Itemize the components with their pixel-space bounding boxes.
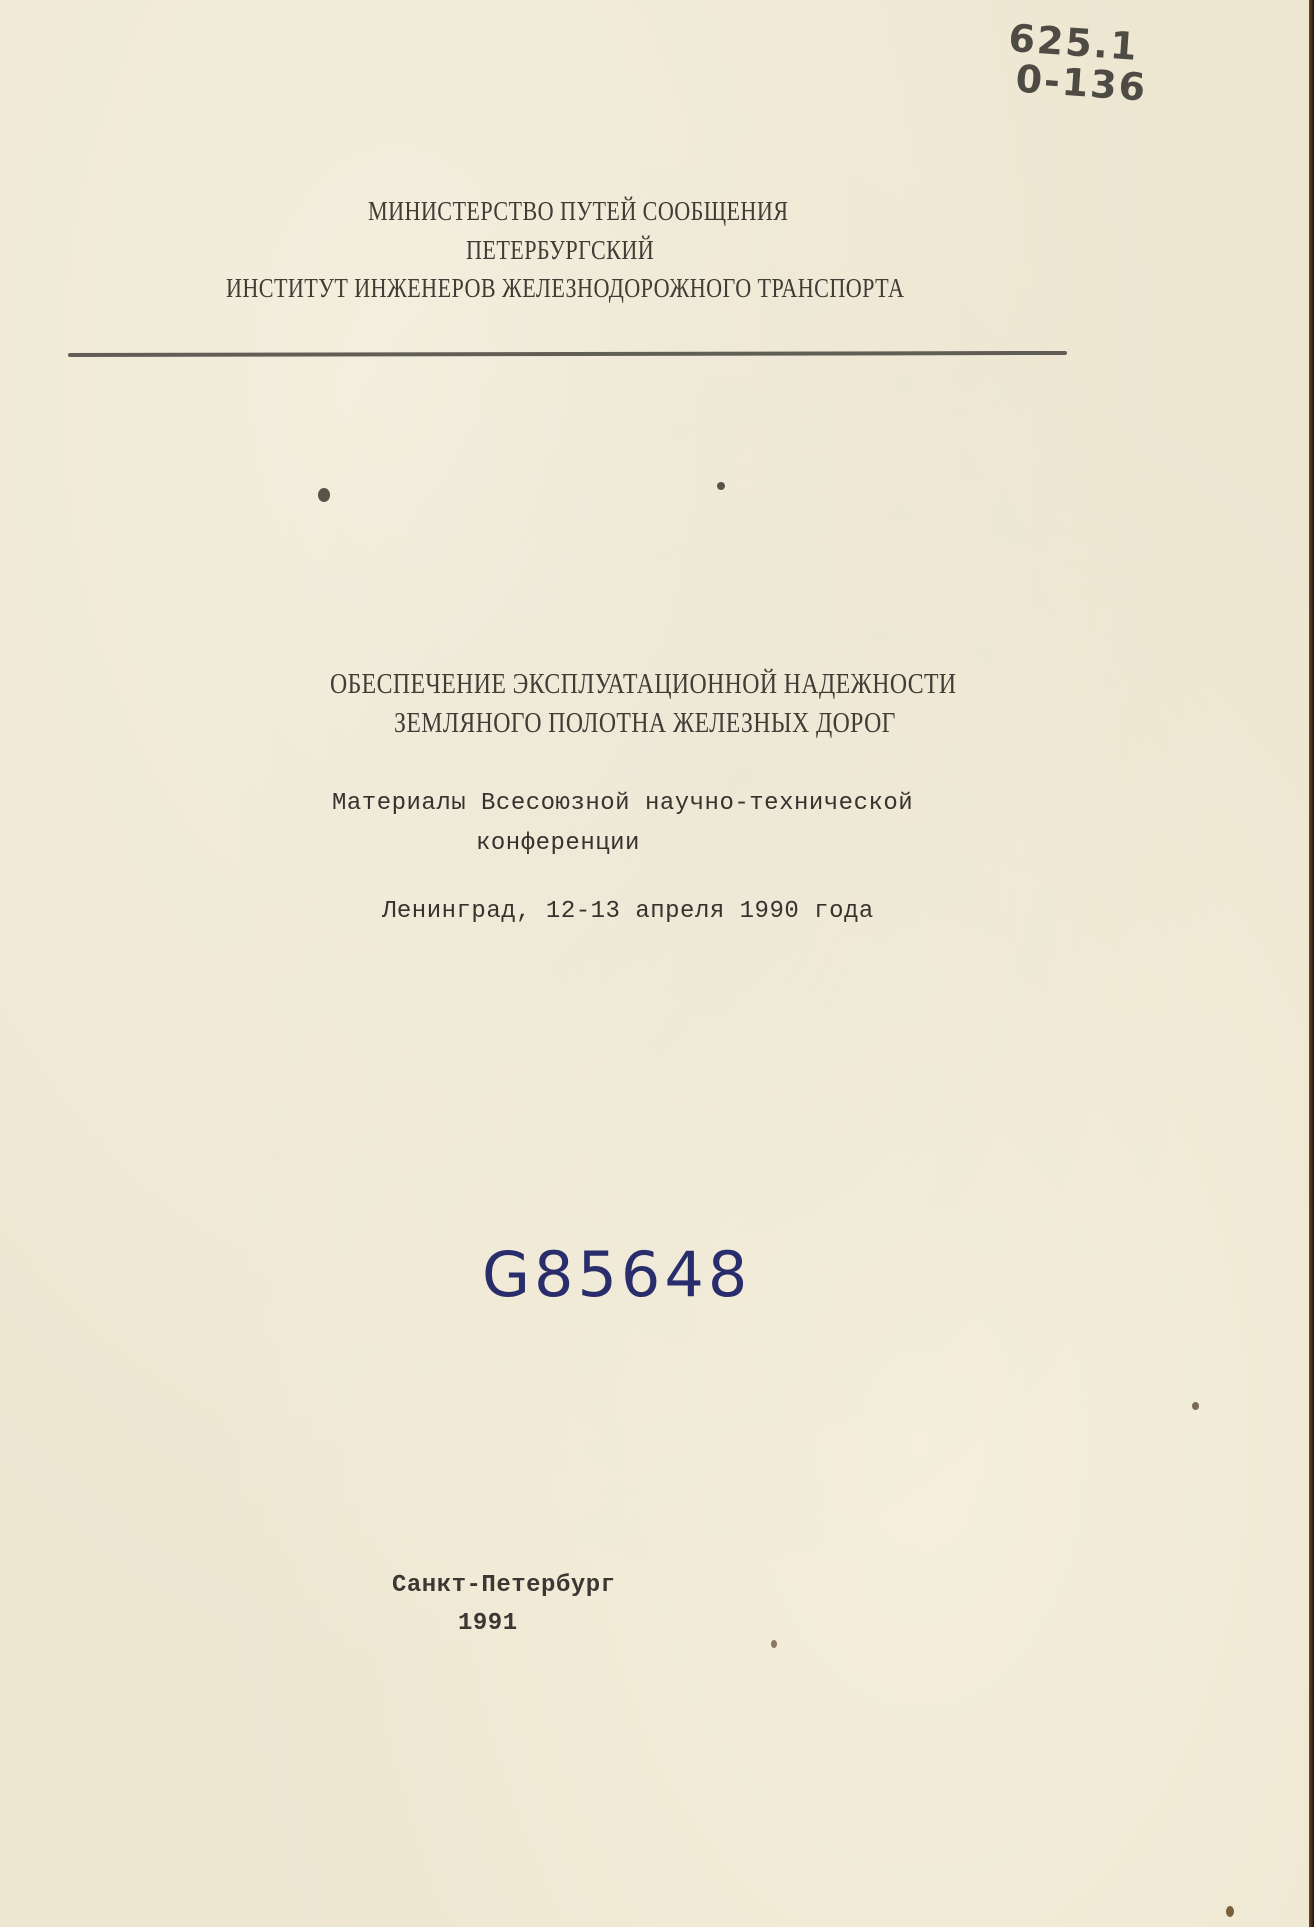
header-ministry: МИНИСТЕРСТВО ПУТЕЙ СООБЩЕНИЯ xyxy=(368,196,788,227)
paper-speck xyxy=(1192,1402,1199,1410)
imprint-city: Санкт-Петербург xyxy=(392,1572,616,1599)
document-title-line-2: ЗЕМЛЯНОГО ПОЛОТНА ЖЕЛЕЗНЫХ ДОРОГ xyxy=(394,707,896,740)
imprint-year: 1991 xyxy=(458,1610,518,1637)
paper-speck xyxy=(318,488,330,502)
paper-speck xyxy=(717,482,725,490)
header-divider xyxy=(68,351,1067,357)
document-title-line-1: ОБЕСПЕЧЕНИЕ ЭКСПЛУАТАЦИОННОЙ НАДЕЖНОСТИ xyxy=(330,668,956,701)
paper-speck xyxy=(771,1640,777,1648)
document-page: 625.1 0-136 МИНИСТЕРСТВО ПУТЕЙ СООБЩЕНИЯ… xyxy=(0,0,1314,1927)
subtitle-line-1: Материалы Всесоюзной научно-технической xyxy=(332,790,913,817)
header-institute: ИНСТИТУТ ИНЖЕНЕРОВ ЖЕЛЕЗНОДОРОЖНОГО ТРАН… xyxy=(226,273,904,304)
subtitle-line-2: конференции xyxy=(476,830,640,857)
call-number: 625.1 0-136 xyxy=(1004,18,1151,108)
event-place-date: Ленинград, 12-13 апреля 1990 года xyxy=(382,898,874,925)
paper-speck xyxy=(1226,1906,1234,1917)
inventory-number: G85648 xyxy=(482,1238,751,1311)
page-edge-shadow xyxy=(1309,0,1314,1927)
header-city: ПЕТЕРБУРГСКИЙ xyxy=(466,235,654,266)
call-number-line-2: 0-136 xyxy=(1004,58,1148,108)
